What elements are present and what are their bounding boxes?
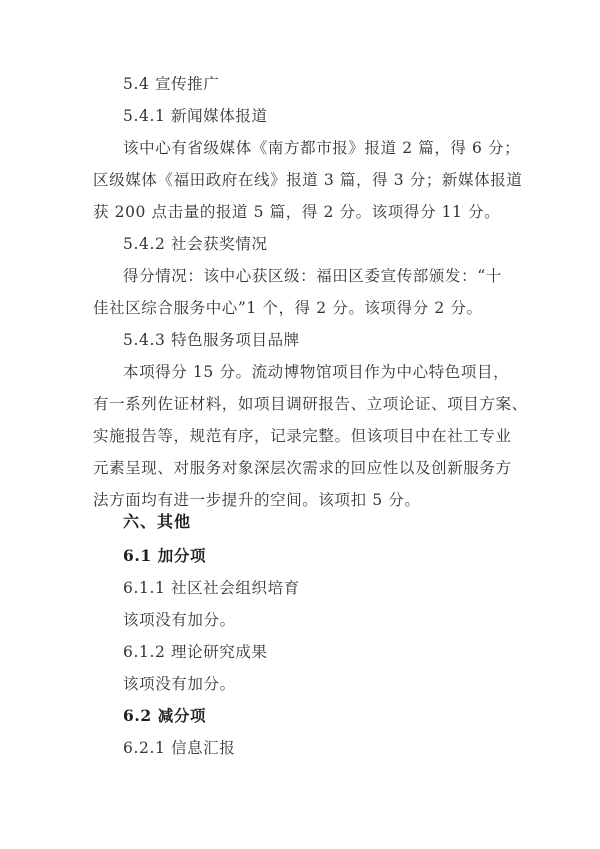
paragraph-line: 法方面均有进一步提升的空间。该项扣 5 分。 xyxy=(93,490,420,510)
paragraph-line: 得分情况：该中心获区级：福田区委宣传部颁发：“十 xyxy=(123,266,502,286)
paragraph-line: 本项得分 15 分。流动博物馆项目作为中心特色项目， xyxy=(123,362,509,382)
subsection-heading-6-2: 6.2 减分项 xyxy=(123,706,206,726)
paragraph-line: 佳社区综合服务中心”1 个，得 2 分。该项得分 2 分。 xyxy=(93,298,483,318)
subsection-heading-5-4-3: 5.4.3 特色服务项目品牌 xyxy=(123,330,300,350)
item-heading-6-2-1: 6.2.1 信息汇报 xyxy=(123,738,235,758)
item-heading-6-1-1: 6.1.1 社区社会组织培育 xyxy=(123,578,300,598)
subsection-heading-6-1: 6.1 加分项 xyxy=(123,546,206,566)
section-heading-6: 六、其他 xyxy=(123,512,191,532)
subsection-heading-5-4-1: 5.4.1 新闻媒体报道 xyxy=(123,106,268,126)
paragraph-line: 该中心有省级媒体《南方都市报》报道 2 篇，得 6 分； xyxy=(123,138,520,158)
paragraph-line: 实施报告等，规范有序，记录完整。但该项目中在社工专业 xyxy=(93,426,512,446)
paragraph-line: 有一系列佐证材料，如项目调研报告、立项论证、项目方案、 xyxy=(93,394,528,414)
item-heading-6-1-2: 6.1.2 理论研究成果 xyxy=(123,642,268,662)
paragraph-line: 元素呈现、对服务对象深层次需求的回应性以及创新服务方 xyxy=(93,458,512,478)
item-text: 该项没有加分。 xyxy=(123,674,236,694)
paragraph-line: 区级媒体《福田政府在线》报道 3 篇，得 3 分；新媒体报道 xyxy=(93,170,522,190)
document-page: 5.4 宣传推广 5.4.1 新闻媒体报道 该中心有省级媒体《南方都市报》报道 … xyxy=(0,0,600,849)
subsection-heading-5-4-2: 5.4.2 社会获奖情况 xyxy=(123,234,268,254)
section-heading-5-4: 5.4 宣传推广 xyxy=(123,74,219,94)
paragraph-line: 获 200 点击量的报道 5 篇，得 2 分。该项得分 11 分。 xyxy=(93,202,500,222)
item-text: 该项没有加分。 xyxy=(123,610,236,630)
